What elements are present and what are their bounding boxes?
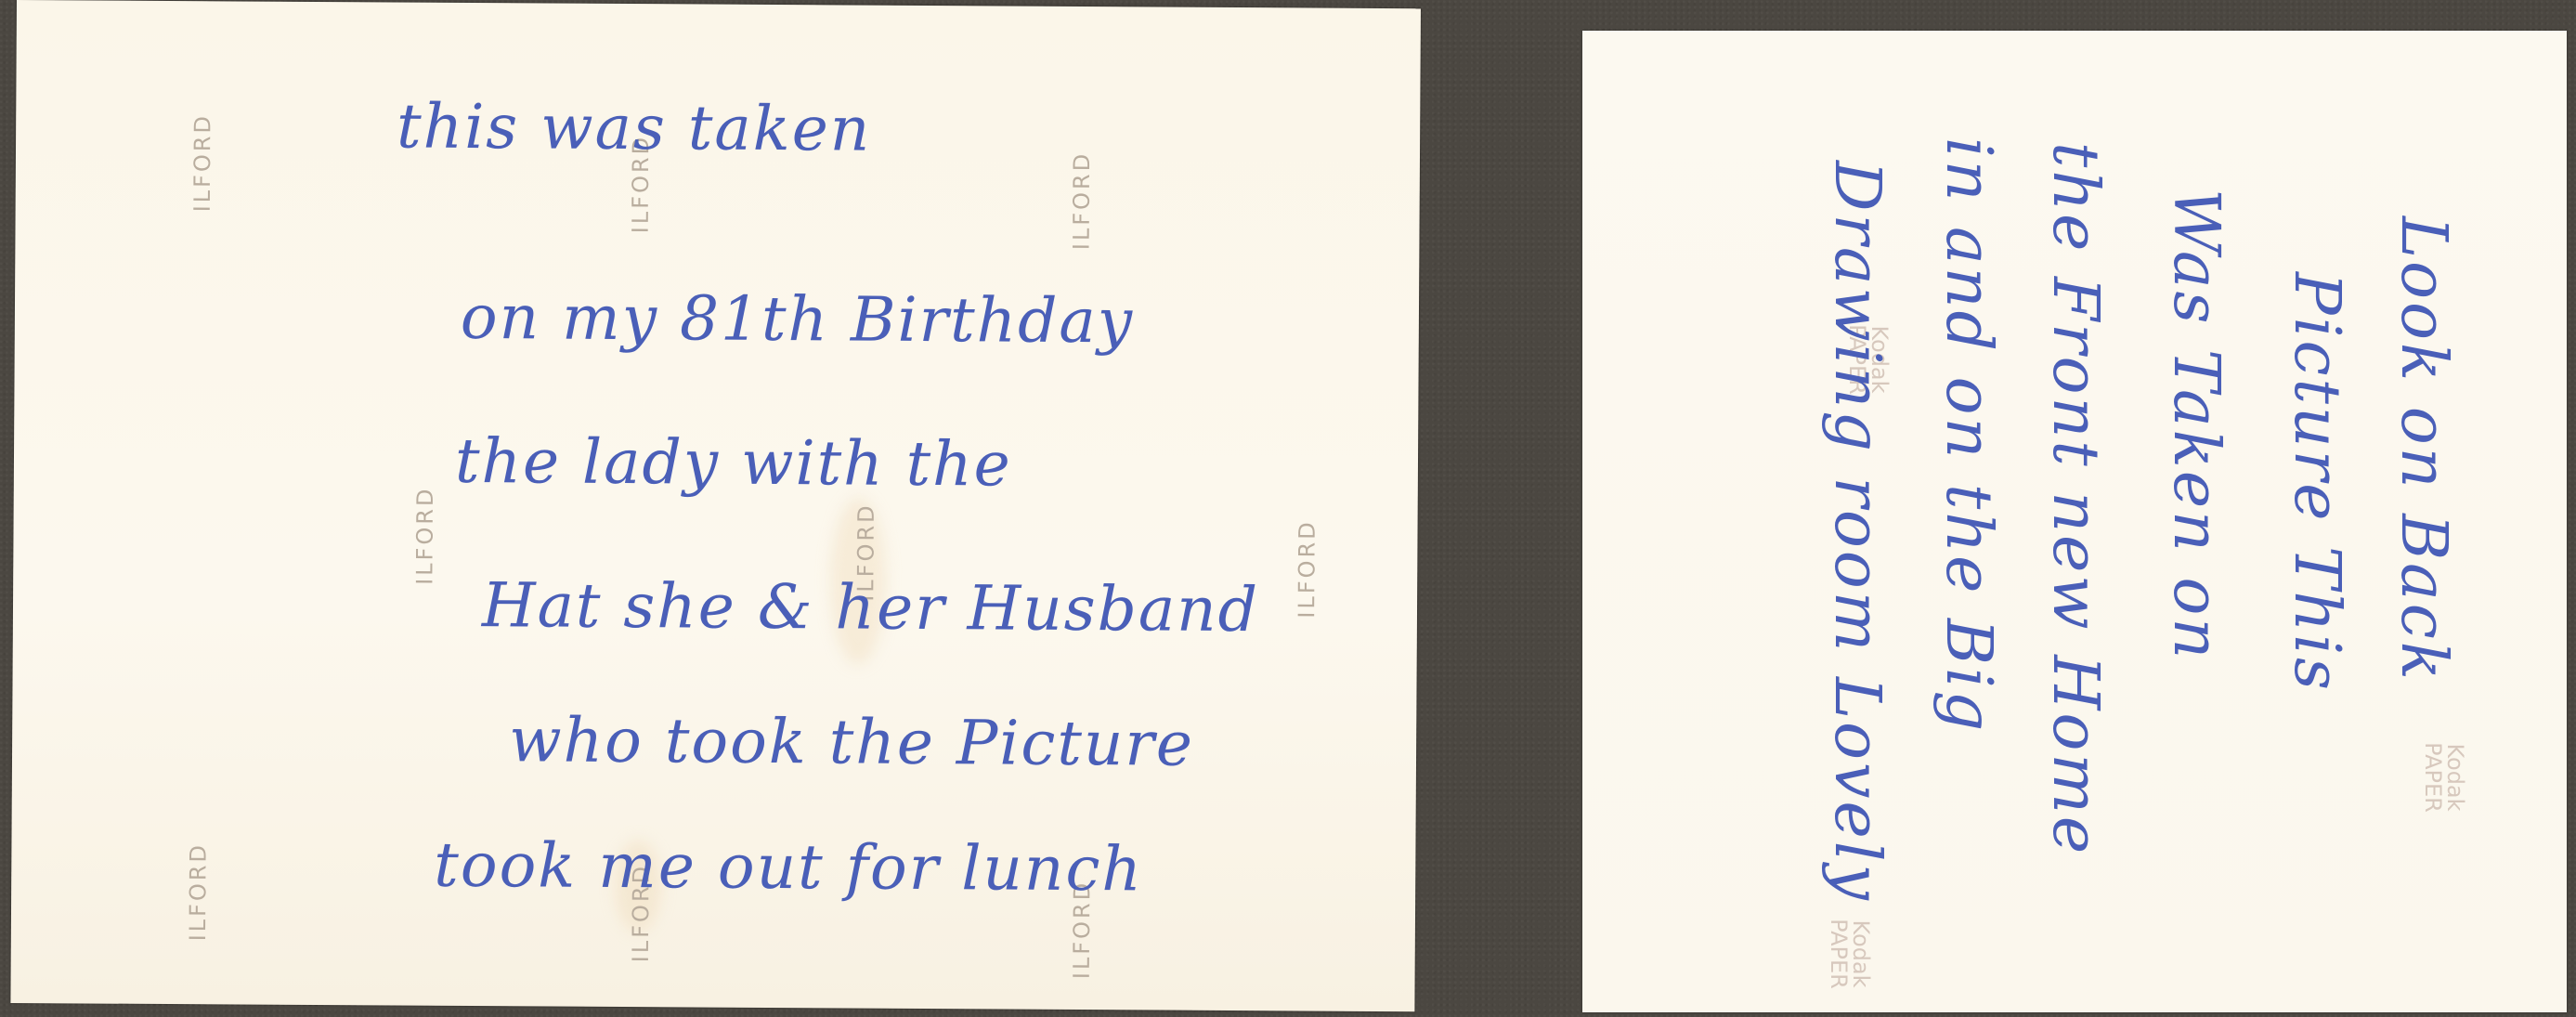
handwritten-line: on my 81th Birthday: [461, 281, 1135, 357]
handwritten-line: this was taken: [397, 91, 872, 165]
kodak-watermark-line: Kodak: [2444, 742, 2466, 813]
handwritten-line: the Front new Home: [2038, 142, 2112, 856]
ilford-watermark: ILFORD: [1069, 151, 1096, 250]
handwritten-line: Was Taken on: [2159, 189, 2232, 661]
handwritten-line: in and on the Big: [1932, 137, 2005, 734]
right-photo-back: Kodak PAPER Kodak PAPER Kodak PAPER Look…: [1582, 31, 2567, 1012]
left-photo-back: ILFORD ILFORD ILFORD ILFORD ILFORD ILFOR…: [10, 0, 1421, 1011]
handwritten-line: the lady with the: [455, 425, 1012, 501]
ilford-watermark: ILFORD: [185, 842, 212, 941]
ilford-watermark: ILFORD: [1294, 519, 1321, 618]
handwritten-line: who took the Picture: [509, 704, 1194, 780]
ilford-watermark: ILFORD: [189, 113, 216, 212]
kodak-watermark-line: PAPER: [1828, 919, 1850, 989]
kodak-watermark: Kodak PAPER: [2422, 742, 2466, 813]
handwritten-line: Picture This: [2280, 272, 2353, 693]
handwritten-line: Look on Back: [2387, 216, 2460, 683]
handwritten-line: Hat she & her Husband: [482, 569, 1259, 645]
kodak-watermark-line: PAPER: [2422, 742, 2444, 813]
handwritten-line: took me out for lunch: [434, 829, 1143, 906]
ilford-watermark: ILFORD: [411, 486, 438, 584]
kodak-watermark: Kodak PAPER: [1828, 919, 1872, 989]
kodak-watermark-line: Kodak: [1850, 919, 1872, 989]
handwritten-line: Drawing room Lovely: [1820, 161, 1893, 903]
